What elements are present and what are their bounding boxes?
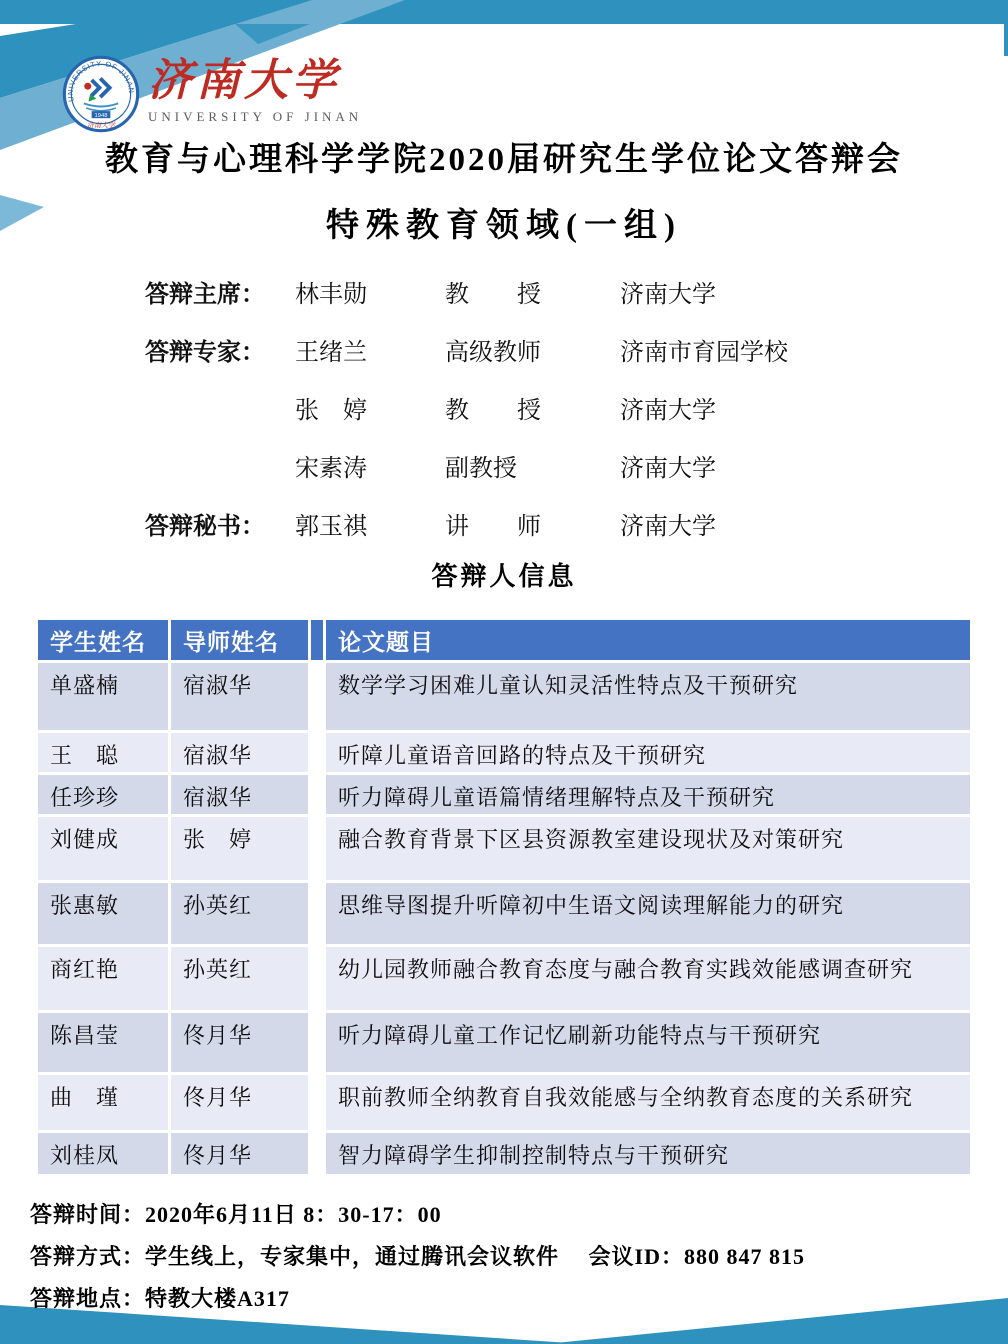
table-row: 陈昌莹 佟月华 听力障碍儿童工作记忆刷新功能特点与干预研究 [37,1012,972,1074]
advisor-name-cell: 佟月华 [170,1132,310,1176]
committee-member-title: 讲 师 [445,506,620,541]
committee-member-org: 济南大学 [620,390,788,425]
committee-list: 答辩主席： 林丰勋 教 授 济南大学 答辩专家： 王绪兰 高级教师 济南市育园学… [145,262,788,552]
committee-row: 宋素涛 副教授 济南大学 [145,436,788,494]
spacer-cell [310,1132,325,1176]
spacer-cell [310,1012,325,1074]
student-name-cell: 商红艳 [37,946,170,1012]
defense-method-line: 答辩方式：学生线上，专家集中，通过腾讯会议软件 会议ID：880 847 815 [30,1236,990,1278]
spacer-cell [310,774,325,816]
student-name-cell: 曲 瑾 [37,1074,170,1132]
committee-role-label: 答辩主席： [145,274,295,309]
advisor-name-cell: 宿淑华 [170,774,310,816]
student-name-cell: 刘健成 [37,816,170,882]
defense-location-line: 答辩地点：特教大楼A317 [30,1278,990,1320]
defenders-table: 学生姓名 导师姓名 论文题目 单盛楠 宿淑华 数学学习困难儿童认知灵活性特点及干… [35,617,973,1177]
thesis-title-cell: 幼儿园教师融合教育态度与融合教育实践效能感调查研究 [325,946,972,1012]
committee-row: 答辩主席： 林丰勋 教 授 济南大学 [145,262,788,320]
spacer-cell [310,816,325,882]
committee-member-org: 济南大学 [620,274,788,309]
table-row: 单盛楠 宿淑华 数学学习困难儿童认知灵活性特点及干预研究 [37,662,972,732]
student-name-cell: 张惠敏 [37,882,170,946]
committee-member-name: 王绪兰 [295,332,445,367]
spacer-cell [310,732,325,774]
university-logo-block: UNIVERSITY OF JINAN 1948 济南大学 济南大学 UNIVE… [62,55,362,133]
col-header-advisor-name: 导师姓名 [170,619,310,662]
thesis-title-cell: 听力障碍儿童工作记忆刷新功能特点与干预研究 [325,1012,972,1074]
advisor-name-cell: 孙英红 [170,882,310,946]
footer-info: 答辩时间：2020年6月11日 8：30-17：00 答辩方式：学生线上，专家集… [30,1194,990,1320]
seal-year-text: 1948 [94,113,107,119]
committee-member-title: 副教授 [445,448,620,483]
thesis-title-cell: 职前教师全纳教育自我效能感与全纳教育态度的关系研究 [325,1074,972,1132]
thesis-title-cell: 融合教育背景下区县资源教室建设现状及对策研究 [325,816,972,882]
student-name-cell: 任珍珍 [37,774,170,816]
advisor-name-cell: 张 婷 [170,816,310,882]
committee-role-label: 答辩秘书： [145,506,295,541]
seal-cn-text: 济南大学 [87,122,116,130]
thesis-title-cell: 思维导图提升听障初中生语文阅读理解能力的研究 [325,882,972,946]
thesis-title-cell: 数学学习困难儿童认知灵活性特点及干预研究 [325,662,972,732]
committee-member-title: 教 授 [445,274,620,309]
advisor-name-cell: 孙英红 [170,946,310,1012]
table-row: 任珍珍 宿淑华 听力障碍儿童语篇情绪理解特点及干预研究 [37,774,972,816]
event-title: 教育与心理科学学院2020届研究生学位论文答辩会 [0,133,1008,180]
committee-member-name: 宋素涛 [295,448,445,483]
thesis-title-cell: 智力障碍学生抑制控制特点与干预研究 [325,1132,972,1176]
defense-announcement-poster: UNIVERSITY OF JINAN 1948 济南大学 济南大学 UNIVE… [0,0,1008,1344]
committee-member-name: 张 婷 [295,390,445,425]
student-name-cell: 刘桂凤 [37,1132,170,1176]
table-row: 商红艳 孙英红 幼儿园教师融合教育态度与融合教育实践效能感调查研究 [37,946,972,1012]
committee-member-org: 济南大学 [620,506,788,541]
university-name-cn: 济南大学 [148,55,362,107]
col-header-spacer [310,619,325,662]
spacer-cell [310,662,325,732]
table-row: 张惠敏 孙英红 思维导图提升听障初中生语文阅读理解能力的研究 [37,882,972,946]
committee-row: 张 婷 教 授 济南大学 [145,378,788,436]
spacer-cell [310,1074,325,1132]
student-name-cell: 单盛楠 [37,662,170,732]
advisor-name-cell: 宿淑华 [170,732,310,774]
event-subtitle: 特殊教育领域(一组) [0,199,1008,246]
table-row: 曲 瑾 佟月华 职前教师全纳教育自我效能感与全纳教育态度的关系研究 [37,1074,972,1132]
defenders-section-title: 答辩人信息 [0,556,1008,593]
committee-row: 答辩专家： 王绪兰 高级教师 济南市育园学校 [145,320,788,378]
committee-member-title: 教 授 [445,390,620,425]
committee-row: 答辩秘书： 郭玉祺 讲 师 济南大学 [145,494,788,552]
committee-member-title: 高级教师 [445,332,620,367]
defenders-table-wrap: 学生姓名 导师姓名 论文题目 单盛楠 宿淑华 数学学习困难儿童认知灵活性特点及干… [35,617,973,1177]
spacer-cell [310,946,325,1012]
committee-member-name: 郭玉祺 [295,506,445,541]
spacer-cell [310,882,325,946]
table-row: 王 聪 宿淑华 听障儿童语音回路的特点及干预研究 [37,732,972,774]
advisor-name-cell: 宿淑华 [170,662,310,732]
committee-member-org: 济南市育园学校 [620,332,788,367]
right-edge-sliver [1004,24,1008,56]
defenders-table-body: 单盛楠 宿淑华 数学学习困难儿童认知灵活性特点及干预研究 王 聪 宿淑华 听障儿… [37,662,972,1176]
col-header-thesis-title: 论文题目 [325,619,972,662]
advisor-name-cell: 佟月华 [170,1012,310,1074]
committee-role-label: 答辩专家： [145,332,295,367]
table-header-row: 学生姓名 导师姓名 论文题目 [37,619,972,662]
advisor-name-cell: 佟月华 [170,1074,310,1132]
table-row: 刘桂凤 佟月华 智力障碍学生抑制控制特点与干预研究 [37,1132,972,1176]
university-seal-icon: UNIVERSITY OF JINAN 1948 济南大学 [62,55,140,133]
committee-member-name: 林丰勋 [295,274,445,309]
thesis-title-cell: 听力障碍儿童语篇情绪理解特点及干预研究 [325,774,972,816]
table-row: 刘健成 张 婷 融合教育背景下区县资源教室建设现状及对策研究 [37,816,972,882]
committee-member-org: 济南大学 [620,448,788,483]
student-name-cell: 陈昌莹 [37,1012,170,1074]
thesis-title-cell: 听障儿童语音回路的特点及干预研究 [325,732,972,774]
defense-time-line: 答辩时间：2020年6月11日 8：30-17：00 [30,1194,990,1236]
col-header-student-name: 学生姓名 [37,619,170,662]
student-name-cell: 王 聪 [37,732,170,774]
university-name-en: UNIVERSITY OF JINAN [148,109,362,125]
